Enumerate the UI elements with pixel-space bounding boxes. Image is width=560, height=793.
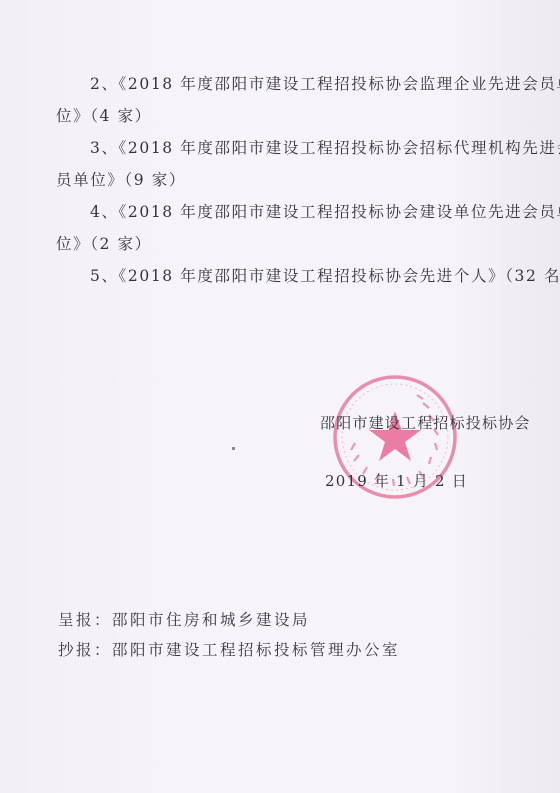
copy-to-line: 抄报：邵阳市建设工程招标投标管理办公室: [58, 638, 400, 660]
list-item-4-line-1: 4、《2018 年度邵阳市建设工程招投标协会建设单位先进会员单: [90, 200, 560, 222]
scan-speck: [232, 447, 235, 450]
signing-date: 2019 年 1 月 2 日: [325, 470, 468, 491]
list-item-2-line-2: 位》（4 家）: [56, 104, 152, 126]
list-item-4-line-2: 位》（2 家）: [56, 232, 152, 254]
list-item-2-line-1: 2、《2018 年度邵阳市建设工程招投标协会监理企业先进会员单: [90, 72, 560, 94]
list-item-3-line-2: 员单位》（9 家）: [56, 168, 186, 190]
signing-organization: 邵阳市建设工程招标投标协会: [320, 412, 531, 433]
list-item-3-line-1: 3、《2018 年度邵阳市建设工程招投标协会招标代理机构先进会: [90, 136, 560, 158]
submit-to-line: 呈报：邵阳市住房和城乡建设局: [58, 608, 310, 630]
document-page: 2、《2018 年度邵阳市建设工程招投标协会监理企业先进会员单 位》（4 家） …: [0, 0, 560, 793]
list-item-5-line-1: 5、《2018 年度邵阳市建设工程招投标协会先进个人》（32 名）: [90, 264, 560, 286]
